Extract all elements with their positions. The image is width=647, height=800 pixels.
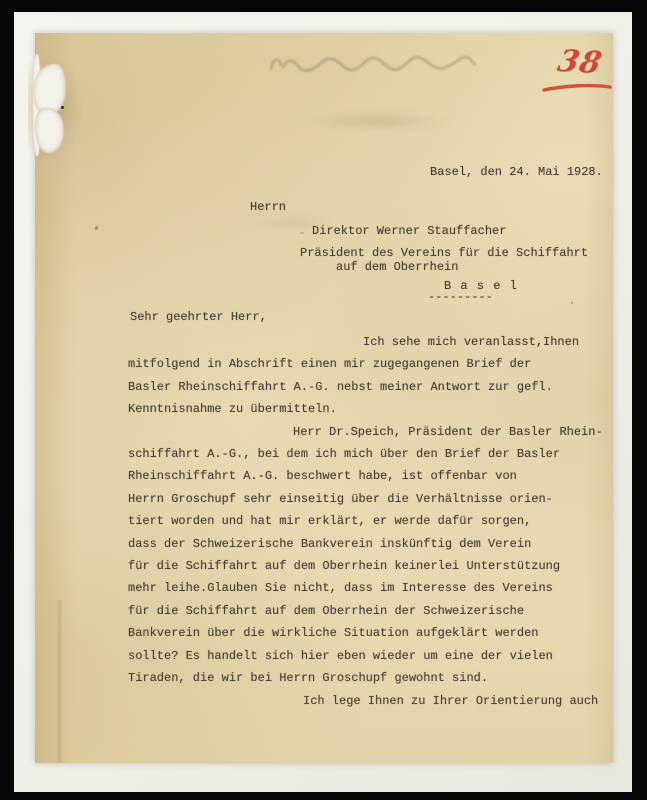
recipient-title-line2: auf dem Oberrhein bbox=[336, 260, 458, 274]
bleed-through-smudge bbox=[305, 110, 455, 132]
letter-body-line: Herrn Groschupf sehr einseitig über die … bbox=[128, 488, 598, 510]
paper-speck bbox=[300, 232, 304, 234]
letter-body-line: Ich sehe mich veranlasst,Ihnen bbox=[128, 331, 598, 353]
letter-body-line: Herr Dr.Speich, Präsident der Basler Rhe… bbox=[128, 421, 598, 443]
recipient-line-herrn: Herrn bbox=[250, 200, 286, 214]
recipient-title-line1: Präsident des Vereins für die Schiffahrt bbox=[300, 246, 588, 260]
archival-page-number: 38 bbox=[555, 47, 605, 79]
letter-body-line: Basler Rheinschiffahrt A.-G. nebst meine… bbox=[128, 376, 598, 398]
letter-body-line: Kenntnisnahme zu übermitteln. bbox=[128, 398, 598, 420]
letter-body-line: dass der Schweizerische Bankverein inskü… bbox=[128, 533, 598, 555]
letter-body-line: Bankverein über die wirkliche Situation … bbox=[128, 622, 598, 644]
red-underline bbox=[541, 78, 613, 98]
letter-body: Ich sehe mich veranlasst,Ihnen mitfolgen… bbox=[128, 331, 598, 712]
letter-body-line: für die Schiffahrt auf dem Oberrhein kei… bbox=[128, 555, 598, 577]
letter-body-line: Ich lege Ihnen zu Ihrer Orientierung auc… bbox=[128, 690, 598, 712]
letter-body-line: tiert worden und hat mir erklärt, er wer… bbox=[128, 510, 598, 532]
dateline: Basel, den 24. Mai 1928. bbox=[430, 165, 603, 179]
letter-body-line: Rheinschiffahrt A.-G. beschwert habe, is… bbox=[128, 465, 598, 487]
letter-body-line: Tiraden, die wir bei Herrn Groschupf gew… bbox=[128, 667, 598, 689]
letter-body-line: schiffahrt A.-G., bei dem ich mich über … bbox=[128, 443, 598, 465]
letter-body-line: mitfolgend in Abschrift einen mir zugega… bbox=[128, 353, 598, 375]
scanned-letter-photo: { "page": { "archival_number": "38" }, "… bbox=[0, 0, 647, 800]
paper-crease bbox=[56, 600, 63, 763]
paper-speck bbox=[571, 302, 573, 304]
salutation: Sehr geehrter Herr, bbox=[130, 310, 267, 324]
letter-body-line: für die Schiffahrt auf dem Oberrhein der… bbox=[128, 600, 598, 622]
recipient-name: Direktor Werner Stauffacher bbox=[312, 224, 506, 238]
letter-body-line: sollte? Es handelt sich hier eben wieder… bbox=[128, 645, 598, 667]
recipient-city-underline: --------- bbox=[428, 290, 493, 304]
letter-body-line: mehr leihe.Glauben Sie nicht, dass im In… bbox=[128, 577, 598, 599]
pencil-inscription-illegible bbox=[263, 47, 481, 81]
paper-speck bbox=[61, 106, 64, 109]
